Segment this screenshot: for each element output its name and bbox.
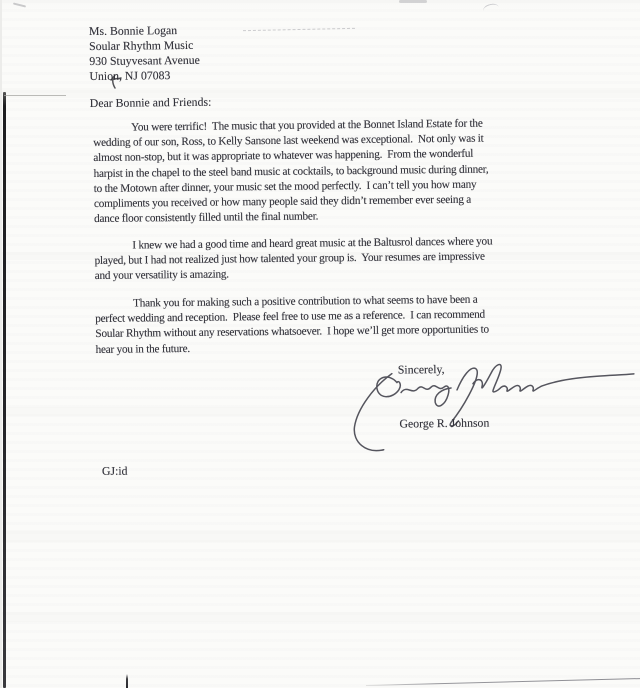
recipient-line: 930 Stuyvesant Avenue: [89, 53, 200, 69]
scanned-letter-page: Ms. Bonnie Logan Soular Rhythm Music 930…: [0, 0, 640, 688]
letter-content: Ms. Bonnie Logan Soular Rhythm Music 930…: [0, 0, 640, 688]
salutation: Dear Bonnie and Friends:: [90, 95, 212, 111]
scan-left-margin-strip: [0, 0, 2, 688]
ink-smudge: [109, 74, 123, 91]
paragraph-1: You were terrific! The music that you pr…: [93, 117, 489, 228]
recipient-line: Union, NJ 07083: [89, 68, 200, 84]
signature-stroke: [354, 374, 393, 451]
scan-top-smudge: [399, 0, 427, 3]
paragraph-3: Thank you for making such a positive con…: [95, 293, 489, 358]
scan-fold-line: [4, 95, 66, 96]
signature-stroke: [401, 386, 451, 407]
signature-stroke: [473, 363, 634, 392]
scan-bottom-tick: [126, 674, 128, 688]
signature-handwritten: [339, 358, 640, 461]
paragraph-2: I knew we had a good time and heard grea…: [94, 234, 492, 284]
reference-initials: GJ:id: [102, 464, 128, 479]
recipient-address: Ms. Bonnie Logan Soular Rhythm Music 930…: [89, 23, 200, 84]
recipient-line: Ms. Bonnie Logan: [89, 23, 200, 39]
typed-sender-name: George R. Johnson: [399, 416, 489, 432]
signature-stroke: [377, 377, 401, 397]
scan-left-edge-line: [3, 92, 6, 688]
body-line: dance floor consistently filled until th…: [94, 208, 489, 228]
body-line: and your versatility is amazing.: [95, 265, 493, 285]
recipient-line: Soular Rhythm Music: [89, 38, 200, 54]
